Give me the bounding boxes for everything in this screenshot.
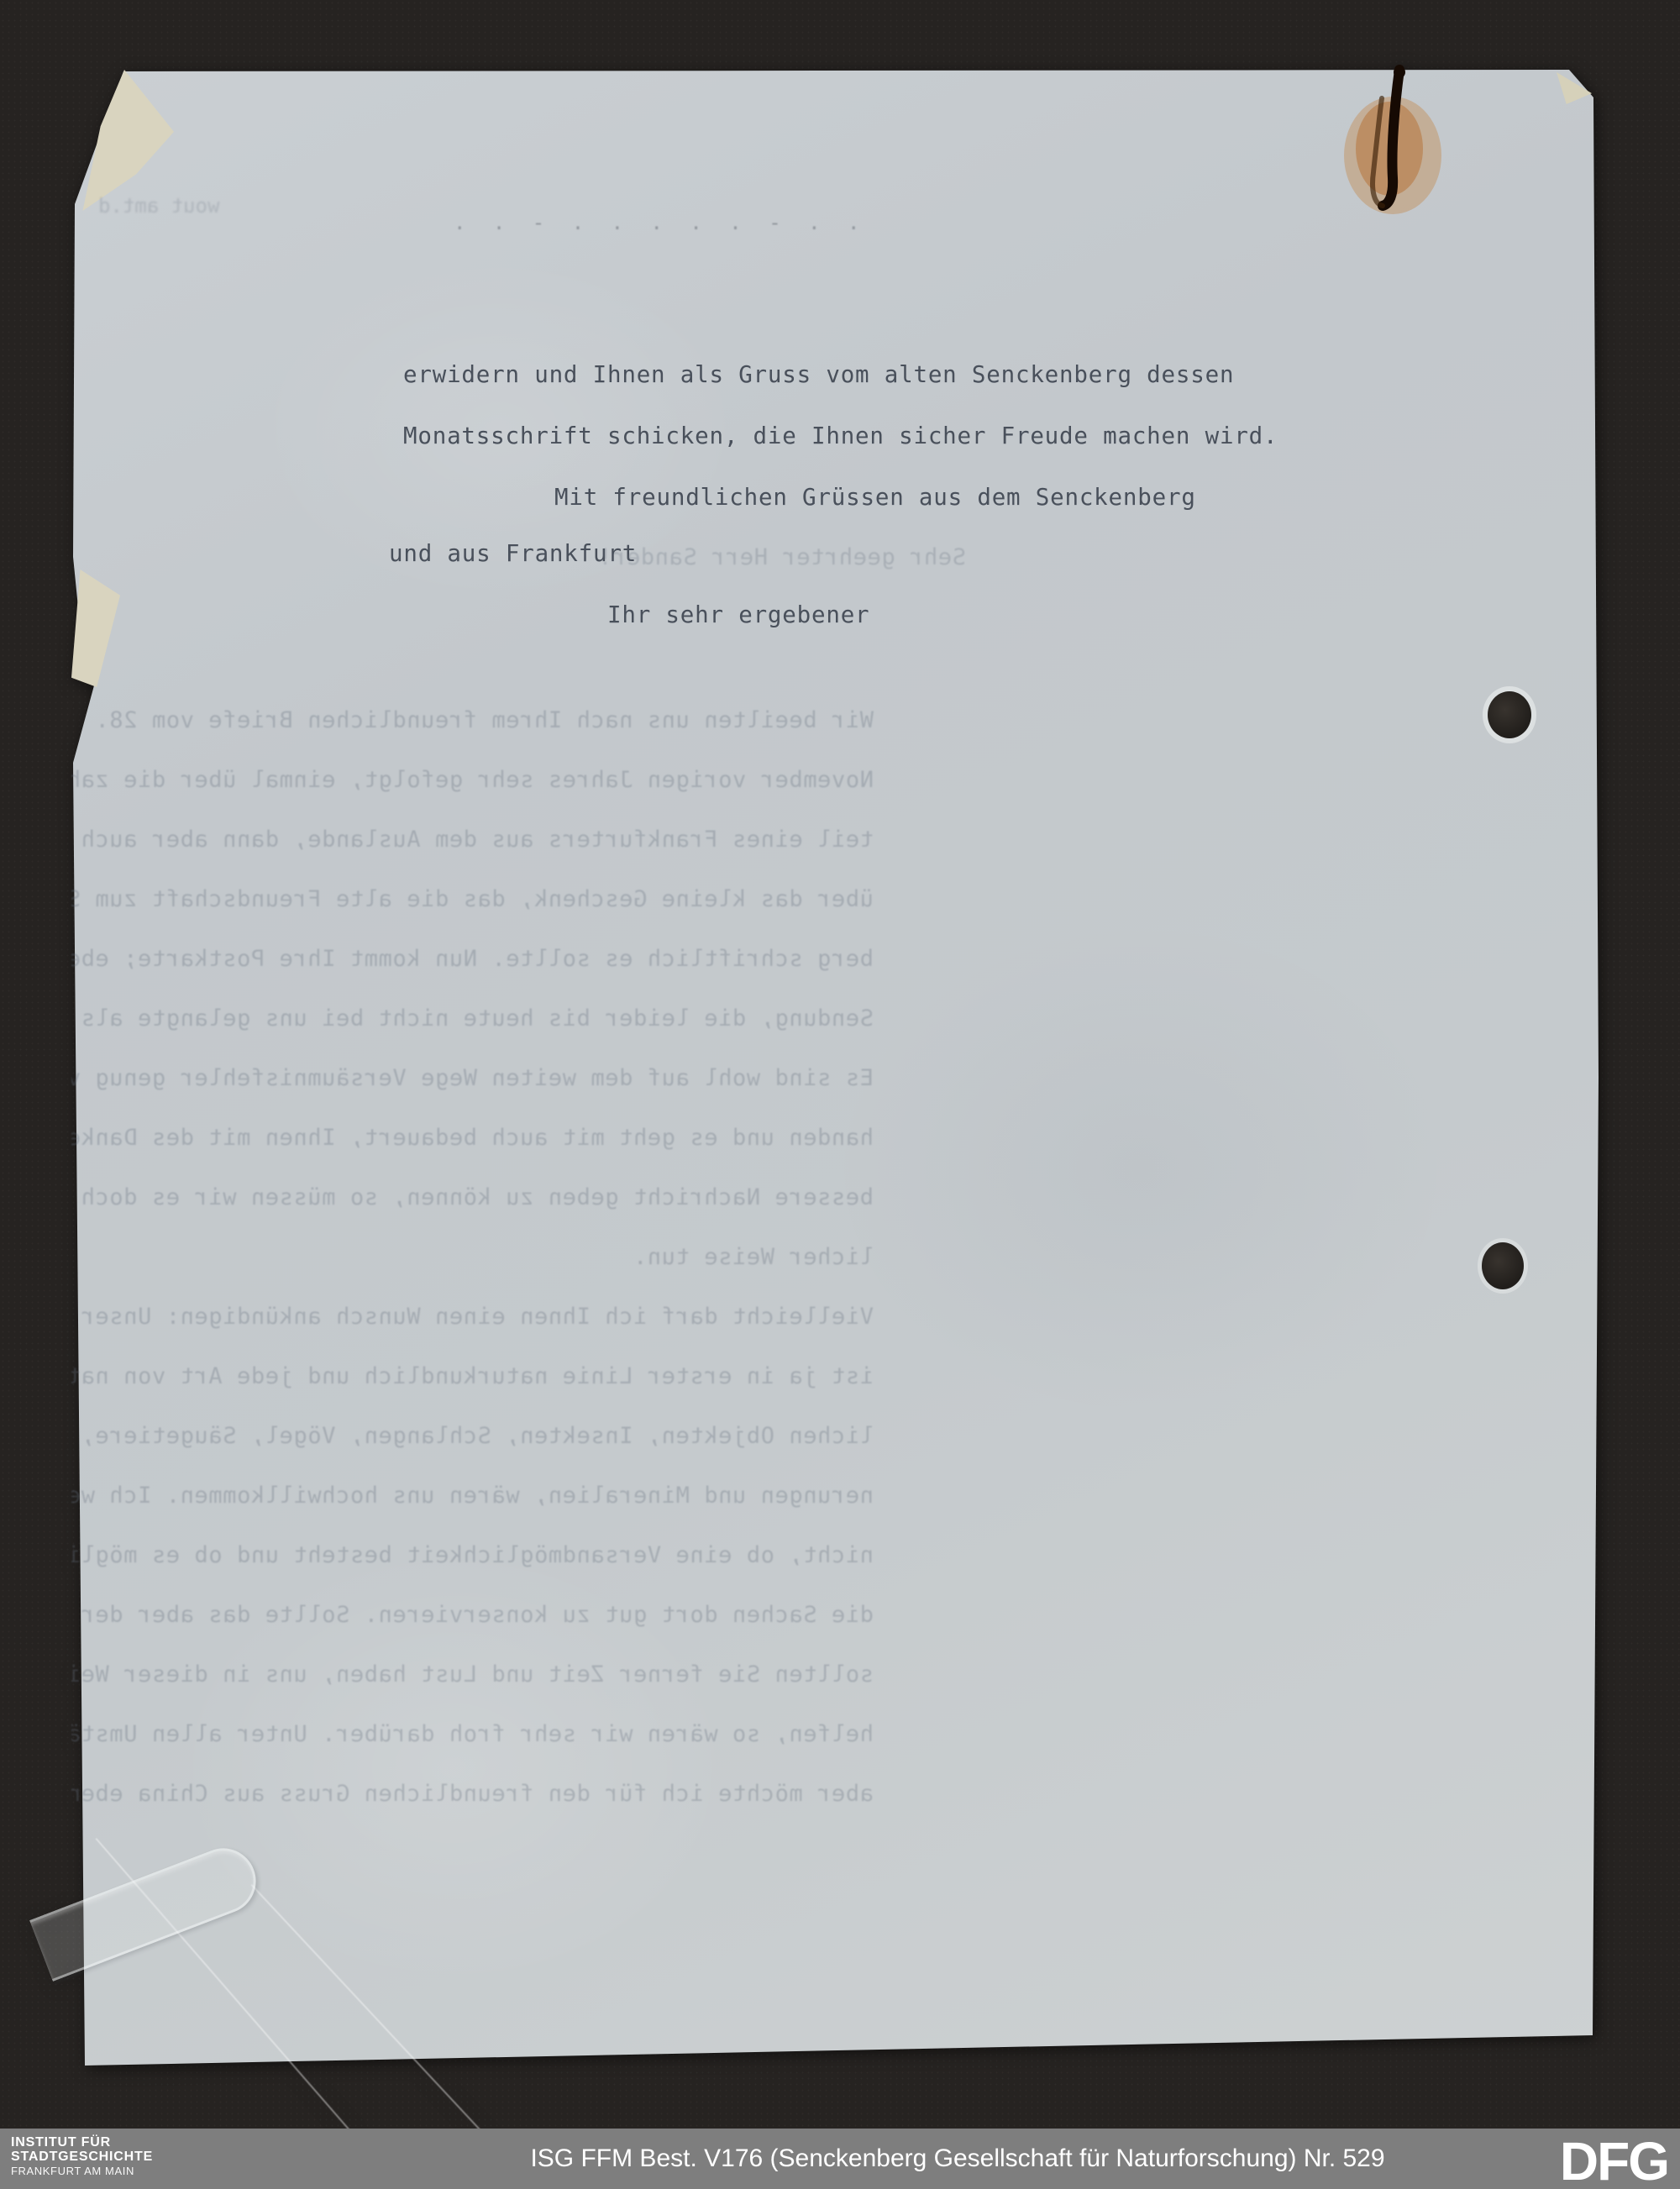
archive-reference: ISG FFM Best. V176 (Senckenberg Gesellsc… [530,2144,1384,2173]
bleed-line: lichen Objekten, Insekten, Schlangen, Vö… [71,1423,874,1449]
letter-sheet: . . - . . . . . - . . wout amt.d erwider… [71,70,1599,2067]
bleed-line: licher Weise tun. [71,1244,874,1270]
bleed-line: Wir beeilten uns nach Ihrem freundlichen… [71,707,924,733]
bleed-line: November vorigen Jahres sehr gefolgt, ei… [71,767,874,793]
bleed-line: Vielleicht darf ich Ihnen einen Wunsch a… [71,1304,924,1330]
bleed-margin-fragment: wout amt.d [98,194,220,218]
institution-line2: STADTGESCHICHTE [11,2150,153,2164]
bleed-line: nerungen und Mineralien, wären uns hochw… [71,1483,874,1509]
typed-line: Ihr sehr ergebener [607,601,869,628]
rust-ink-stain [1327,65,1453,220]
institution-logo: INSTITUT FÜR STADTGESCHICHTE FRANKFURT A… [11,2135,153,2178]
bleed-greeting: Sehr geehrter Herr Sander! [470,544,966,570]
typed-line: Monatsschrift schicken, die Ihnen sicher… [403,423,1278,449]
bleed-line: sollten Sie ferner Zeit und Lust haben, … [71,1661,874,1688]
punch-hole-top [1488,691,1531,738]
bleed-line: berg schriftlich es sollte. Nun kommt Ih… [71,946,874,972]
bleed-line: handen und es geht mit auch bedauert, Ih… [71,1125,874,1151]
bleed-line: die Sachen dort gut zu konservieren. Sol… [71,1602,874,1628]
bleed-line: aber möchte ich für den freundlichen Gru… [71,1781,874,1807]
punch-hole-bottom [1482,1242,1524,1289]
dfg-logo: DFG [1560,2130,1668,2189]
bleed-line: Sendung, die leider bis heute nicht bei … [71,1005,874,1032]
bleed-line: Es sind wohl auf dem weiten Wege Versäum… [71,1065,874,1091]
bleed-line: nicht, ob eine Versandmöglichkeit besteh… [71,1542,874,1568]
typed-line: erwidern und Ihnen als Gruss vom alten S… [403,361,1234,388]
archive-footer-bar: INSTITUT FÜR STADTGESCHICHTE FRANKFURT A… [0,2129,1680,2189]
bleed-line: helfen, so wären wir sehr froh darüber. … [71,1721,874,1747]
bleed-line: ist ja in erster Linie naturkundlich und… [71,1363,874,1389]
typed-line: Mit freundlichen Grüssen aus dem Sencken… [554,484,1196,511]
bleed-dotted-rule: . . - . . . . . - . . [454,211,867,234]
bleed-line: über das kleine Geschenk, das die alte F… [71,886,874,912]
scan-background: { "letter": { "paper_color": "#c5cacd", … [0,0,1680,2189]
bleed-line: bessere Nachricht geben zu können, so mü… [71,1184,874,1210]
institution-line3: FRANKFURT AM MAIN [11,2164,153,2178]
bleed-line: teil eines Frankfurters aus dem Auslande… [71,827,874,853]
institution-line1: INSTITUT FÜR [11,2135,153,2150]
